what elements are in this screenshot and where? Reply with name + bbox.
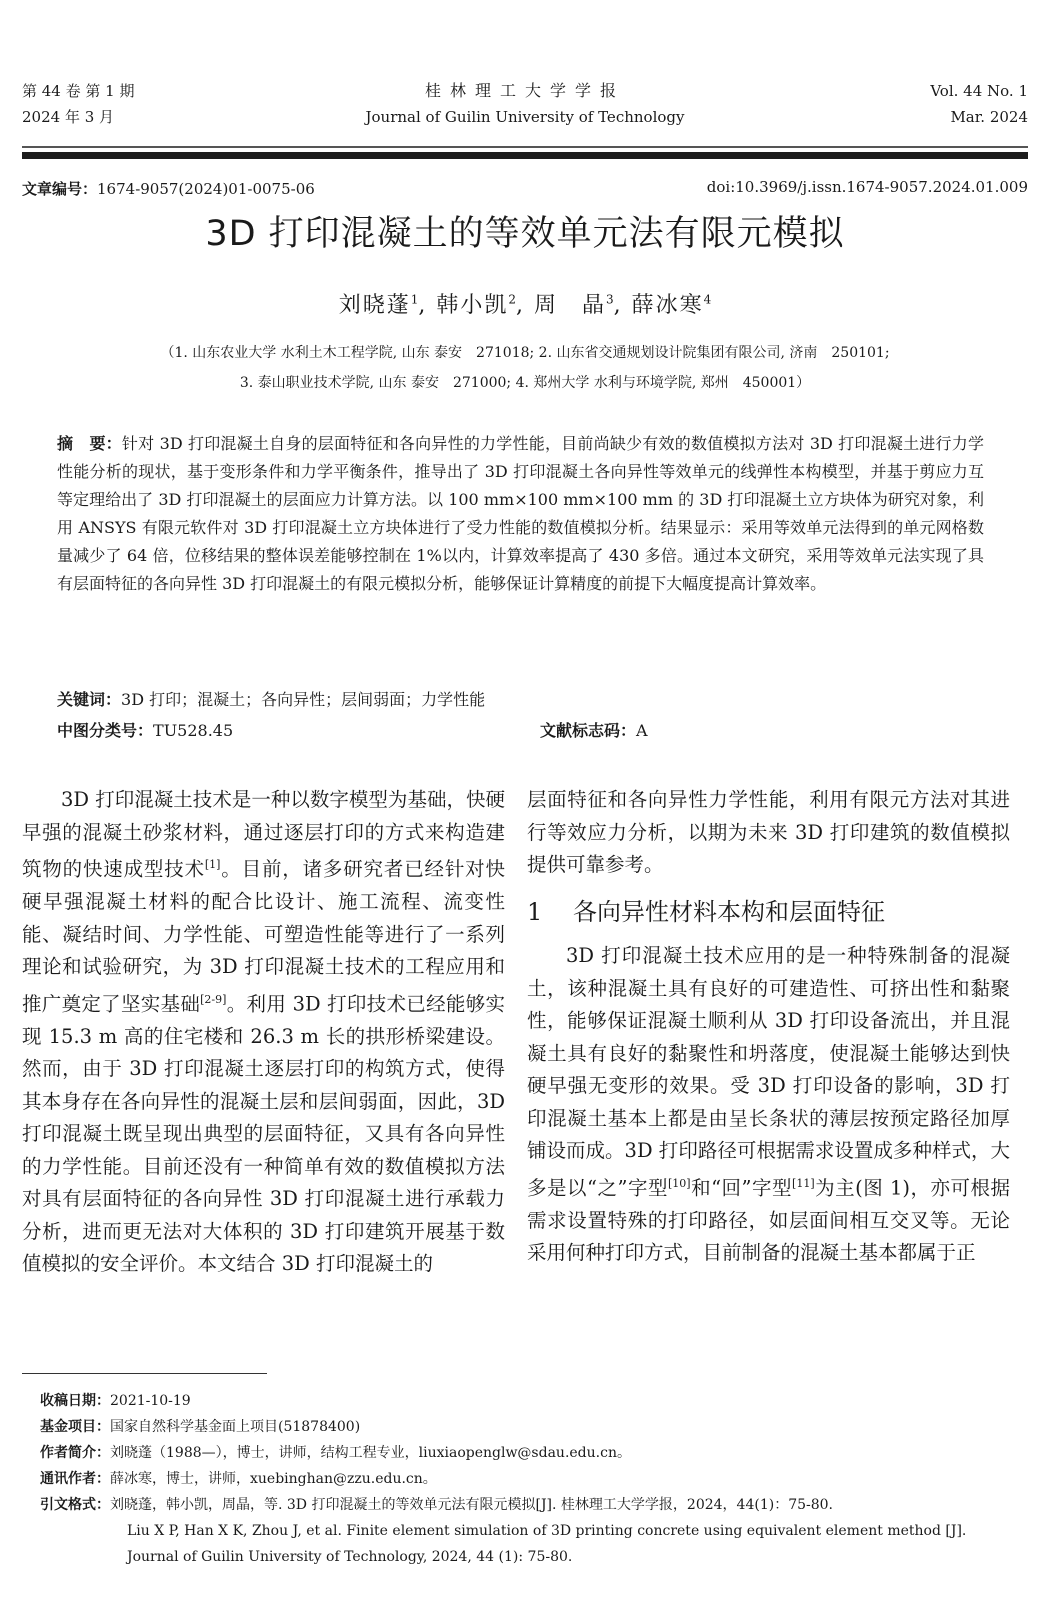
keywords: 关键词：3D 打印；混凝土；各向异性；层间弱面；力学性能 (57, 686, 485, 714)
author-list: 刘晓蓬1, 韩小凯2, 周 晶3, 薛冰寒4 (0, 288, 1050, 319)
clc-label: 中图分类号： (57, 721, 153, 740)
body-column-right: 层面特征和各向异性力学性能，利用有限元方法对其进行等效应力分析，以期为未来 3D… (527, 784, 1010, 1270)
citation-en-line: Liu X P, Han X K, Zhou J, et al. Finite … (40, 1518, 1030, 1544)
citation[interactable]: [11] (792, 1177, 815, 1190)
author: 刘晓蓬 (339, 293, 411, 318)
doi[interactable]: doi:10.3969/j.issn.1674-9057.2024.01.009 (707, 178, 1028, 196)
clc-value: TU528.45 (153, 721, 233, 740)
abstract: 摘 要：针对 3D 打印混凝土自身的层面特征和各向异性的力学性能，目前尚缺少有效… (57, 430, 984, 598)
affiliation-line: 3. 泰山职业技术学院, 山东 泰安 271000; 4. 郑州大学 水利与环境… (0, 368, 1050, 398)
paper-title: 3D 打印混凝土的等效单元法有限元模拟 (0, 206, 1050, 256)
citation[interactable]: [2-9] (200, 993, 226, 1006)
journal-name-en: Journal of Guilin University of Technolo… (0, 104, 1050, 130)
section-title: 各向异性材料本构和层面特征 (573, 898, 885, 926)
paragraph: 层面特征和各向异性力学性能，利用有限元方法对其进行等效应力分析，以期为未来 3D… (527, 784, 1010, 882)
footnote-corresponding: 通讯作者：薛冰寒，博士，讲师，xuebinghan@zzu.edu.cn。 (40, 1466, 1030, 1492)
author: 周 晶 (534, 293, 606, 318)
body-column-left: 3D 打印混凝土技术是一种以数字模型为基础，快硬早强的混凝土砂浆材料，通过逐层打… (22, 784, 505, 1281)
keywords-label: 关键词： (57, 690, 121, 709)
section-number: 1 (527, 896, 573, 929)
paragraph: 3D 打印混凝土技术应用的是一种特殊制备的混凝土，该种混凝土具有良好的可建造性、… (527, 940, 1010, 1270)
article-number: 文章编号：1674-9057(2024)01-0075-06 (22, 178, 315, 199)
footnote-fund: 基金项目：国家自然科学基金面上项目(51878400) (40, 1414, 1030, 1440)
header-center: 桂林理工大学学报 Journal of Guilin University of… (0, 78, 1050, 130)
footnote-received: 收稿日期：2021-10-19 (40, 1388, 1030, 1414)
section-heading: 1各向异性材料本构和层面特征 (527, 896, 1010, 929)
affiliation-line: （1. 山东农业大学 水利土木工程学院, 山东 泰安 271018; 2. 山东… (0, 338, 1050, 368)
footnote-citation: 引文格式：刘晓蓬，韩小凯，周晶，等. 3D 打印混凝土的等效单元法有限元模拟[J… (40, 1492, 1030, 1518)
header-right: Vol. 44 No. 1 Mar. 2024 (930, 78, 1028, 130)
citation-en-line: Journal of Guilin University of Technolo… (40, 1544, 1030, 1570)
date-en: Mar. 2024 (930, 104, 1028, 130)
article-number-value: 1674-9057(2024)01-0075-06 (97, 180, 315, 198)
keywords-text: 3D 打印；混凝土；各向异性；层间弱面；力学性能 (121, 690, 485, 709)
affiliations: （1. 山东农业大学 水利土木工程学院, 山东 泰安 271018; 2. 山东… (0, 338, 1050, 398)
header-rule-thin (22, 146, 1028, 148)
abstract-label: 摘 要： (57, 434, 122, 453)
footnotes: 收稿日期：2021-10-19 基金项目：国家自然科学基金面上项目(518784… (40, 1388, 1030, 1570)
clc-number: 中图分类号：TU528.45 (57, 718, 233, 741)
footnote-author-bio: 作者简介：刘晓蓬（1988—），博士，讲师，结构工程专业，liuxiaopeng… (40, 1440, 1030, 1466)
document-code: 文献标志码：A (540, 718, 648, 741)
article-number-label: 文章编号： (22, 180, 97, 198)
author: 韩小凯 (436, 293, 508, 318)
paragraph: 3D 打印混凝土技术是一种以数字模型为基础，快硬早强的混凝土砂浆材料，通过逐层打… (22, 784, 505, 1281)
document-code-label: 文献标志码： (540, 721, 636, 740)
footnote-divider (22, 1373, 267, 1374)
document-code-value: A (636, 721, 648, 740)
citation[interactable]: [10] (668, 1177, 691, 1190)
author: 薛冰寒 (632, 293, 704, 318)
abstract-text: 针对 3D 打印混凝土自身的层面特征和各向异性的力学性能，目前尚缺少有效的数值模… (57, 434, 984, 593)
journal-name-cn: 桂林理工大学学报 (0, 78, 1050, 104)
volume-issue-en: Vol. 44 No. 1 (930, 78, 1028, 104)
header-rule-thick (22, 152, 1028, 159)
citation[interactable]: [1] (205, 858, 221, 871)
